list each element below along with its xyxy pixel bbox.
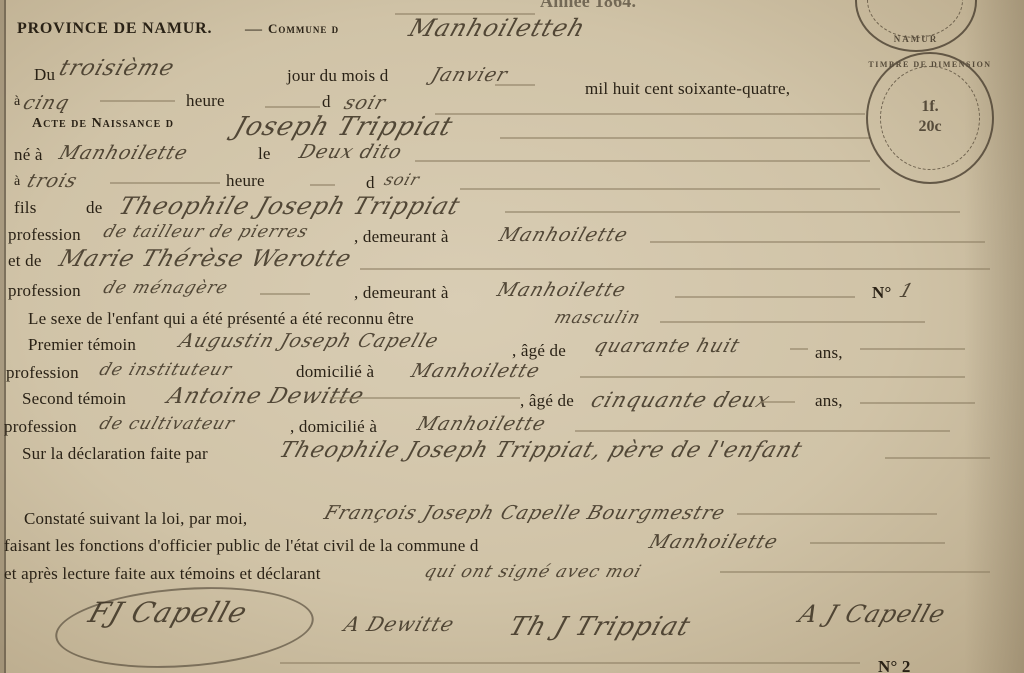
period-value: soir [341,92,389,114]
sex-text: Le sexe de l'enfant qui a été présenté a… [28,310,414,327]
rule [395,13,535,15]
rule [737,513,937,515]
rule [860,402,975,404]
rule [660,321,925,323]
rule [495,84,535,86]
signature-3: Th J Trippiat [505,612,694,642]
rule [810,542,945,544]
acte-label: Acte de Naissance d [32,117,174,131]
duty-stamp-ring-text: TIMBRE DE DIMENSION [868,60,992,69]
witness2-profession-label: profession [4,418,77,435]
rule [110,182,220,184]
child-name: Joseph Trippiat [230,112,457,142]
birth-certificate-page: Année 1864. PROVINCE DE NAMUR. — Commune… [0,0,1024,673]
signature-1: FJ Capelle [85,596,252,629]
witness1-years: ans, [815,344,843,361]
month-value: Janvier [428,64,510,86]
father-residence-label: , demeurant à [354,228,449,245]
date-prefix: Du [34,66,55,83]
hour-value: cinq [20,92,72,114]
birth-of-label: d [366,174,375,191]
year-text: mil huit cent soixante-quatre, [585,80,790,97]
signature-4: A J Capelle [795,600,949,628]
rule [460,188,880,190]
rule [580,376,965,378]
rule [265,106,320,108]
witness2-domicile: Manhoilette [414,413,549,435]
witness1-label: Premier témoin [28,336,136,353]
mother-residence-label: , demeurant à [354,284,449,301]
mother-profession: de ménagère [101,278,231,298]
of-label: d [322,93,331,110]
duty-stamp: TIMBRE DE DIMENSION 1f. 20c [866,52,994,184]
witness2-age: cinquante deux [588,388,774,412]
at-label: à [14,175,20,189]
rule [675,296,855,298]
father-name: Theophile Joseph Trippiat [115,192,464,220]
witness2-label: Second témoin [22,390,126,407]
officer-commune: Manhoilette [646,531,781,553]
closing-line1: Constaté suivant la loi, par moi, [24,510,247,527]
rule [760,401,795,403]
witness1-name: Augustin Joseph Capelle [176,330,441,352]
rule [720,571,990,573]
duty-value-cents: 20c [868,118,992,136]
commune-seal-stamp: NAMUR [855,0,977,52]
son-label: fils [14,199,37,216]
hours-label: heure [186,92,225,109]
closing-line3: et après lecture faite aux témoins et dé… [4,565,321,582]
mother-name: Marie Thérèse Werotte [56,246,355,272]
birth-place: Manhoilette [56,142,191,164]
witness2-profession: de cultivateur [97,414,238,434]
father-profession-label: profession [8,226,81,243]
birth-date: Deux dito [296,141,405,163]
witness1-age: quarante huit [591,335,743,357]
rule [500,137,870,139]
declarant-value: Theophile Joseph Trippiat, père de l'enf… [276,438,806,463]
rule [100,100,175,102]
rule [330,397,520,399]
day-value: troisième [56,56,178,81]
next-act-number: N° 2 [878,658,911,673]
officer-name: François Joseph Capelle Bourgmestre [321,502,728,524]
rule [650,241,985,243]
province-title: PROVINCE DE NAMUR. [17,21,212,37]
witness1-domicile-label: domicilié à [296,363,374,380]
birth-period: soir [382,170,423,189]
time-prefix: à [14,95,20,109]
of-father-label: de [86,199,102,216]
rule [360,268,990,270]
month-label: jour du mois d [287,67,389,84]
born-at-label: né à [14,146,43,163]
birth-hours-label: heure [226,172,265,189]
signature-2: A Dewitte [341,612,458,636]
signing-statement: qui ont signé avec moi [422,562,645,582]
witness2-years: ans, [815,392,843,409]
commune-value: Manhoiletteh [405,14,589,42]
witness1-profession-label: profession [6,364,79,381]
rule [860,348,965,350]
witness1-age-label: , âgé de [512,342,566,359]
witness1-profession: de instituteur [97,360,235,380]
top-faded-year: Année 1864. [540,0,636,10]
sex-value: masculin [552,308,644,328]
rule [790,348,808,350]
witness1-domicile: Manhoilette [408,360,543,382]
rule [435,113,865,115]
rule [885,457,990,459]
rule [415,160,870,162]
mother-residence: Manhoilette [494,279,629,301]
witness2-age-label: , âgé de [520,392,574,409]
rule [575,430,950,432]
rule [280,662,860,664]
duty-value-francs: 1f. [868,98,992,116]
witness2-domicile-label: , domicilié à [290,418,377,435]
act-number: 1 [896,280,916,302]
closing-line2: faisant les fonctions d'officier public … [4,537,479,554]
father-residence: Manhoilette [496,224,631,246]
rule [505,211,960,213]
mother-profession-label: profession [8,282,81,299]
commune-label: Commune d [268,22,339,35]
header-dash: — [245,20,262,37]
father-profession: de tailleur de pierres [101,222,311,242]
mother-label: et de [8,252,42,269]
rule [260,293,310,295]
declaration-label: Sur la déclaration faite par [22,445,208,462]
act-number-label: N° [872,284,891,301]
birth-hour: trois [24,170,80,192]
on-label: le [258,145,271,162]
rule [310,184,335,186]
